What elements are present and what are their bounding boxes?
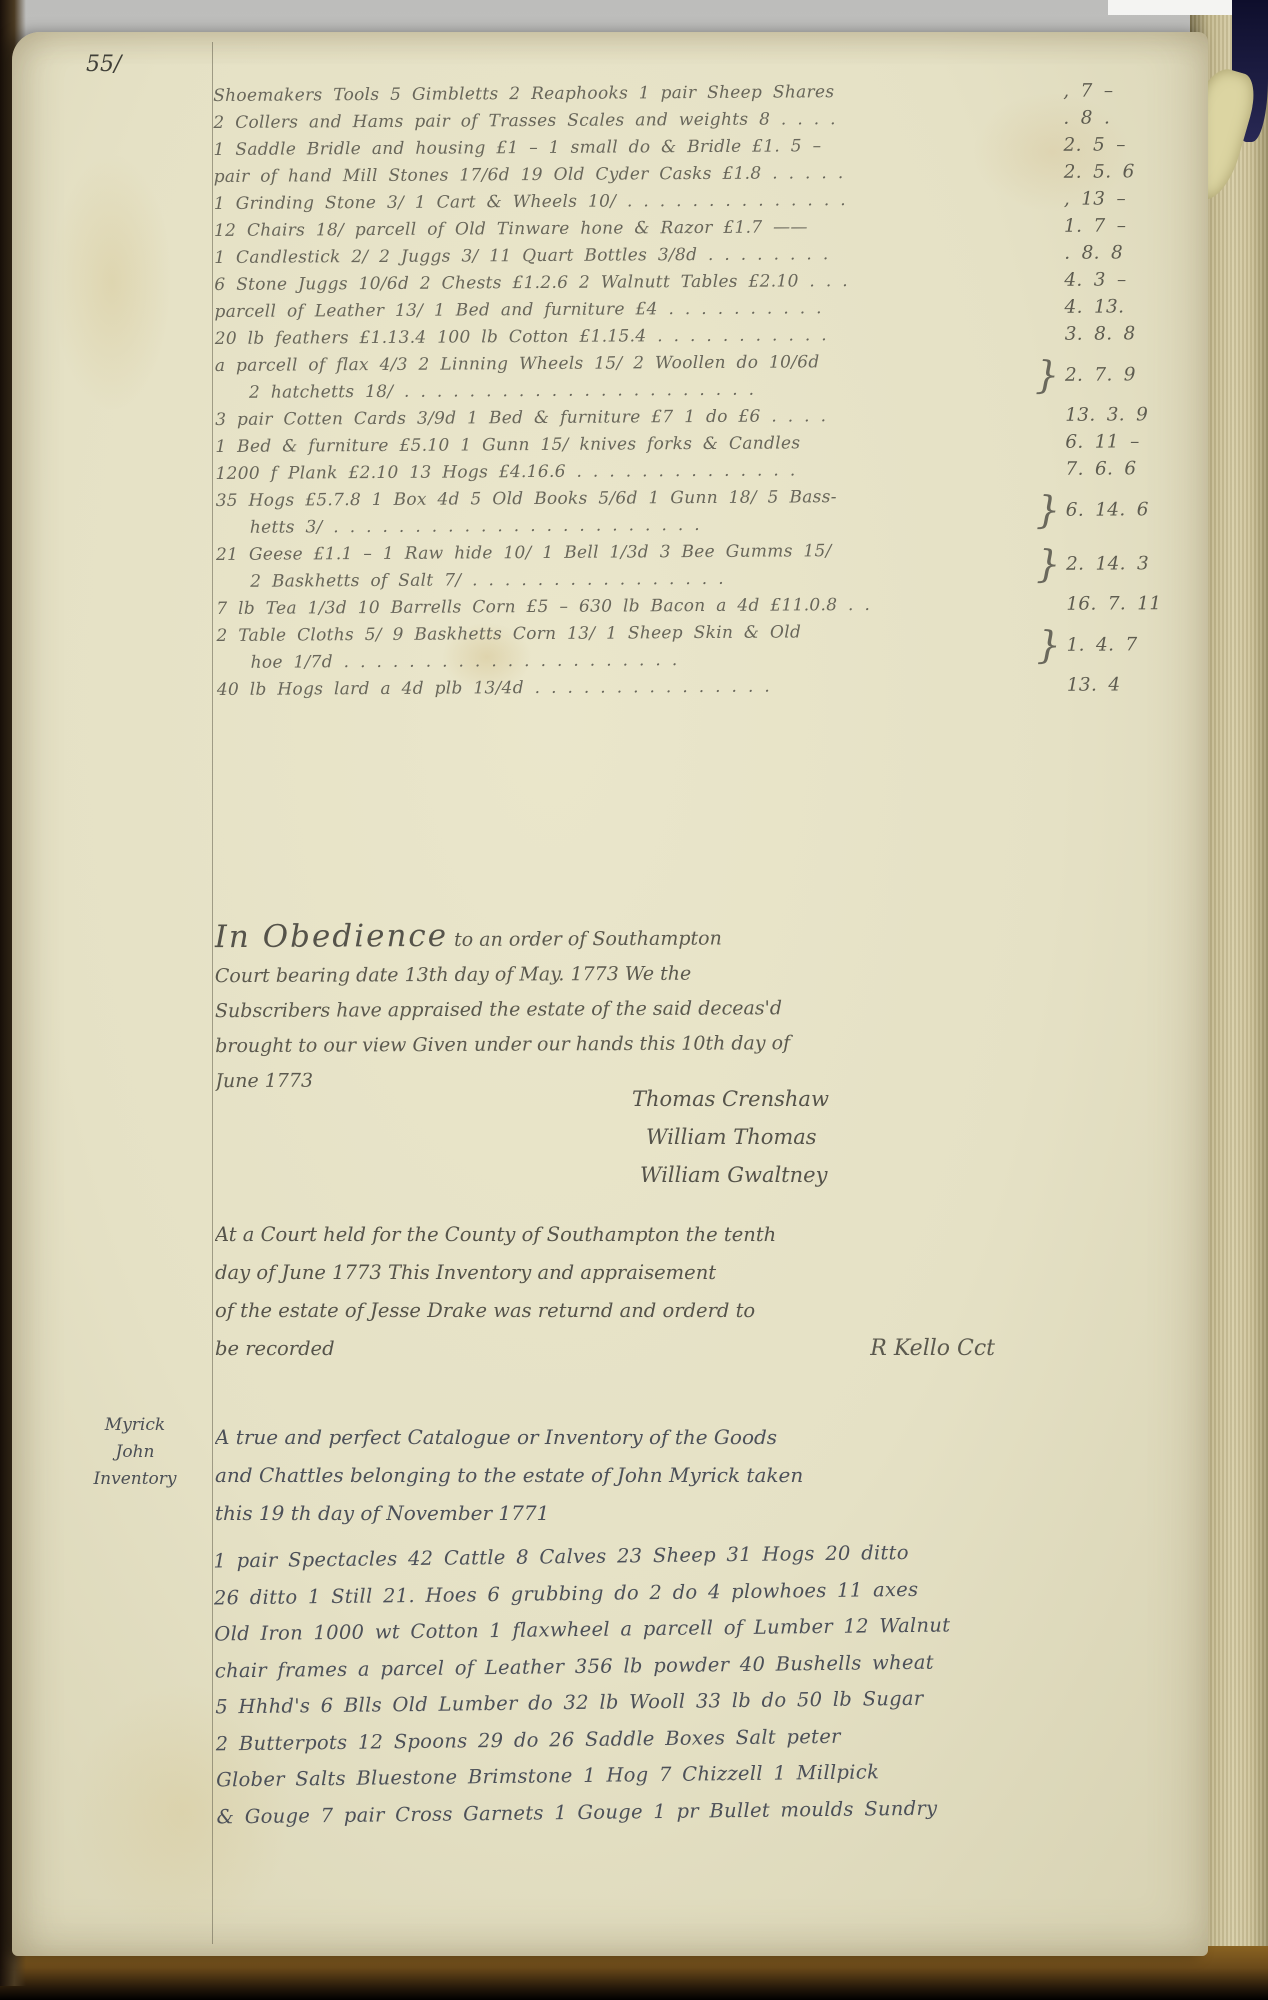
text-line: Inventory xyxy=(68,1466,202,1493)
value-cell: . 8 . xyxy=(1057,104,1181,132)
paragraph-body: At a Court held for the County of Southa… xyxy=(215,1216,1015,1330)
table-row: 35 Hogs £5.7.8 1 Box 4d 5 Old Books 5/6d… xyxy=(216,482,1184,542)
obedience-paragraph: In Obedience to an order of Southampton … xyxy=(215,916,1036,1099)
table-row: 2 Table Cloths 5/ 9 Baskhetts Corn 13/ 1… xyxy=(216,617,1184,677)
myrick-item-list: 1 pair Spectacles 42 Cattle 8 Calves 23 … xyxy=(213,1533,1107,1836)
value-cell: 2. 5 – xyxy=(1057,131,1181,159)
value-cell: , 7 – xyxy=(1057,77,1181,105)
text-line: Court bearing date 13th day of May. 1773… xyxy=(215,955,1035,994)
text-line: this 19 th day of November 1771 xyxy=(215,1494,1085,1532)
item-description: 21 Geese £1.1 – 1 Raw hide 10/ 1 Bell 1/… xyxy=(216,537,1036,596)
manuscript-photo: 55/ Shoemakers Tools 5 Gimbletts 2 Reaph… xyxy=(0,0,1268,2000)
paper-stain xyxy=(52,152,172,412)
text-line: Thomas Crenshaw xyxy=(632,1080,952,1118)
text-line: John xyxy=(68,1439,202,1466)
text-line: William Thomas xyxy=(646,1118,952,1156)
inventory-table: Shoemakers Tools 5 Gimbletts 2 Reaphooks… xyxy=(213,77,1185,704)
text-line: At a Court held for the County of Southa… xyxy=(215,1216,1015,1254)
brace-mark: } xyxy=(1036,491,1060,529)
value-cell: 4. 3 – xyxy=(1058,266,1182,294)
brace-mark: } xyxy=(1036,545,1060,583)
value-cell: 2. 7. 9 xyxy=(1059,361,1183,389)
page-number: 55/ xyxy=(86,52,121,77)
appraiser-signatures: Thomas CrenshawWilliam ThomasWilliam Gwa… xyxy=(632,1080,952,1194)
margin-note: MyrickJohnInventory xyxy=(68,1412,202,1493)
value-cell: 1. 7 – xyxy=(1058,212,1182,240)
court-paragraph: At a Court held for the County of Southa… xyxy=(215,1216,1015,1368)
text-line: and Chattles belonging to the estate of … xyxy=(215,1456,1085,1494)
text-line: In Obedience to an order of Southampton xyxy=(215,916,1035,959)
text-line: Myrick xyxy=(68,1412,202,1439)
text-line: Subscribers have appraised the estate of… xyxy=(215,990,1035,1029)
text-line: A true and perfect Catalogue or Inventor… xyxy=(215,1418,1085,1456)
clerk-signature: R Kello Cct xyxy=(870,1330,995,1368)
text-line: of the estate of Jesse Drake was returnd… xyxy=(215,1292,1015,1330)
value-cell: , 13 – xyxy=(1058,185,1182,213)
text-line: day of June 1773 This Inventory and appr… xyxy=(215,1254,1015,1292)
table-row: 40 lb Hogs lard a 4d plb 13/4d . . . . .… xyxy=(217,671,1185,704)
value-cell: 16. 7. 11 xyxy=(1060,590,1184,618)
value-cell: . 8. 8 xyxy=(1058,239,1182,267)
value-cell: 6. 11 – xyxy=(1059,428,1183,456)
ledger-page: 55/ Shoemakers Tools 5 Gimbletts 2 Reaph… xyxy=(12,32,1208,1956)
text-line: to an order of Southampton xyxy=(448,927,722,950)
value-cell: 2. 14. 3 xyxy=(1060,550,1184,578)
value-cell: 13. 4 xyxy=(1061,671,1185,699)
table-row: a parcell of flax 4/3 2 Linning Wheels 1… xyxy=(215,347,1183,407)
item-description: 35 Hogs £5.7.8 1 Box 4d 5 Old Books 5/6d… xyxy=(216,483,1036,542)
court-last-line: be recorded R Kello Cct xyxy=(215,1330,995,1368)
text-line: William Gwaltney xyxy=(640,1156,952,1194)
item-description: 2 Table Cloths 5/ 9 Baskhetts Corn 13/ 1… xyxy=(216,618,1036,677)
value-cell: 7. 6. 6 xyxy=(1059,455,1183,483)
paragraph-opening: In Obedience xyxy=(215,918,449,955)
paragraph-body: Court bearing date 13th day of May. 1773… xyxy=(215,955,1036,1099)
value-cell: 1. 4. 7 xyxy=(1060,631,1184,659)
brace-mark: } xyxy=(1036,626,1060,664)
item-description: a parcell of flax 4/3 2 Linning Wheels 1… xyxy=(215,348,1035,407)
table-row: 21 Geese £1.1 – 1 Raw hide 10/ 1 Bell 1/… xyxy=(216,536,1184,596)
brace-mark: } xyxy=(1035,356,1059,394)
text-line: be recorded xyxy=(215,1330,335,1368)
value-cell: 6. 14. 6 xyxy=(1060,496,1184,524)
value-cell: 4. 13. xyxy=(1058,293,1182,321)
value-cell: 3. 8. 8 xyxy=(1059,320,1183,348)
item-description: 40 lb Hogs lard a 4d plb 13/4d . . . . .… xyxy=(217,672,1037,704)
value-cell: 2. 5. 6 xyxy=(1058,158,1182,186)
text-line: 40 lb Hogs lard a 4d plb 13/4d . . . . .… xyxy=(217,672,1037,704)
margin-rule-line xyxy=(212,42,213,1944)
value-cell: 13. 3. 9 xyxy=(1059,401,1183,429)
myrick-heading: A true and perfect Catalogue or Inventor… xyxy=(215,1418,1085,1532)
text-line: brought to our view Given under our hand… xyxy=(215,1025,1035,1064)
